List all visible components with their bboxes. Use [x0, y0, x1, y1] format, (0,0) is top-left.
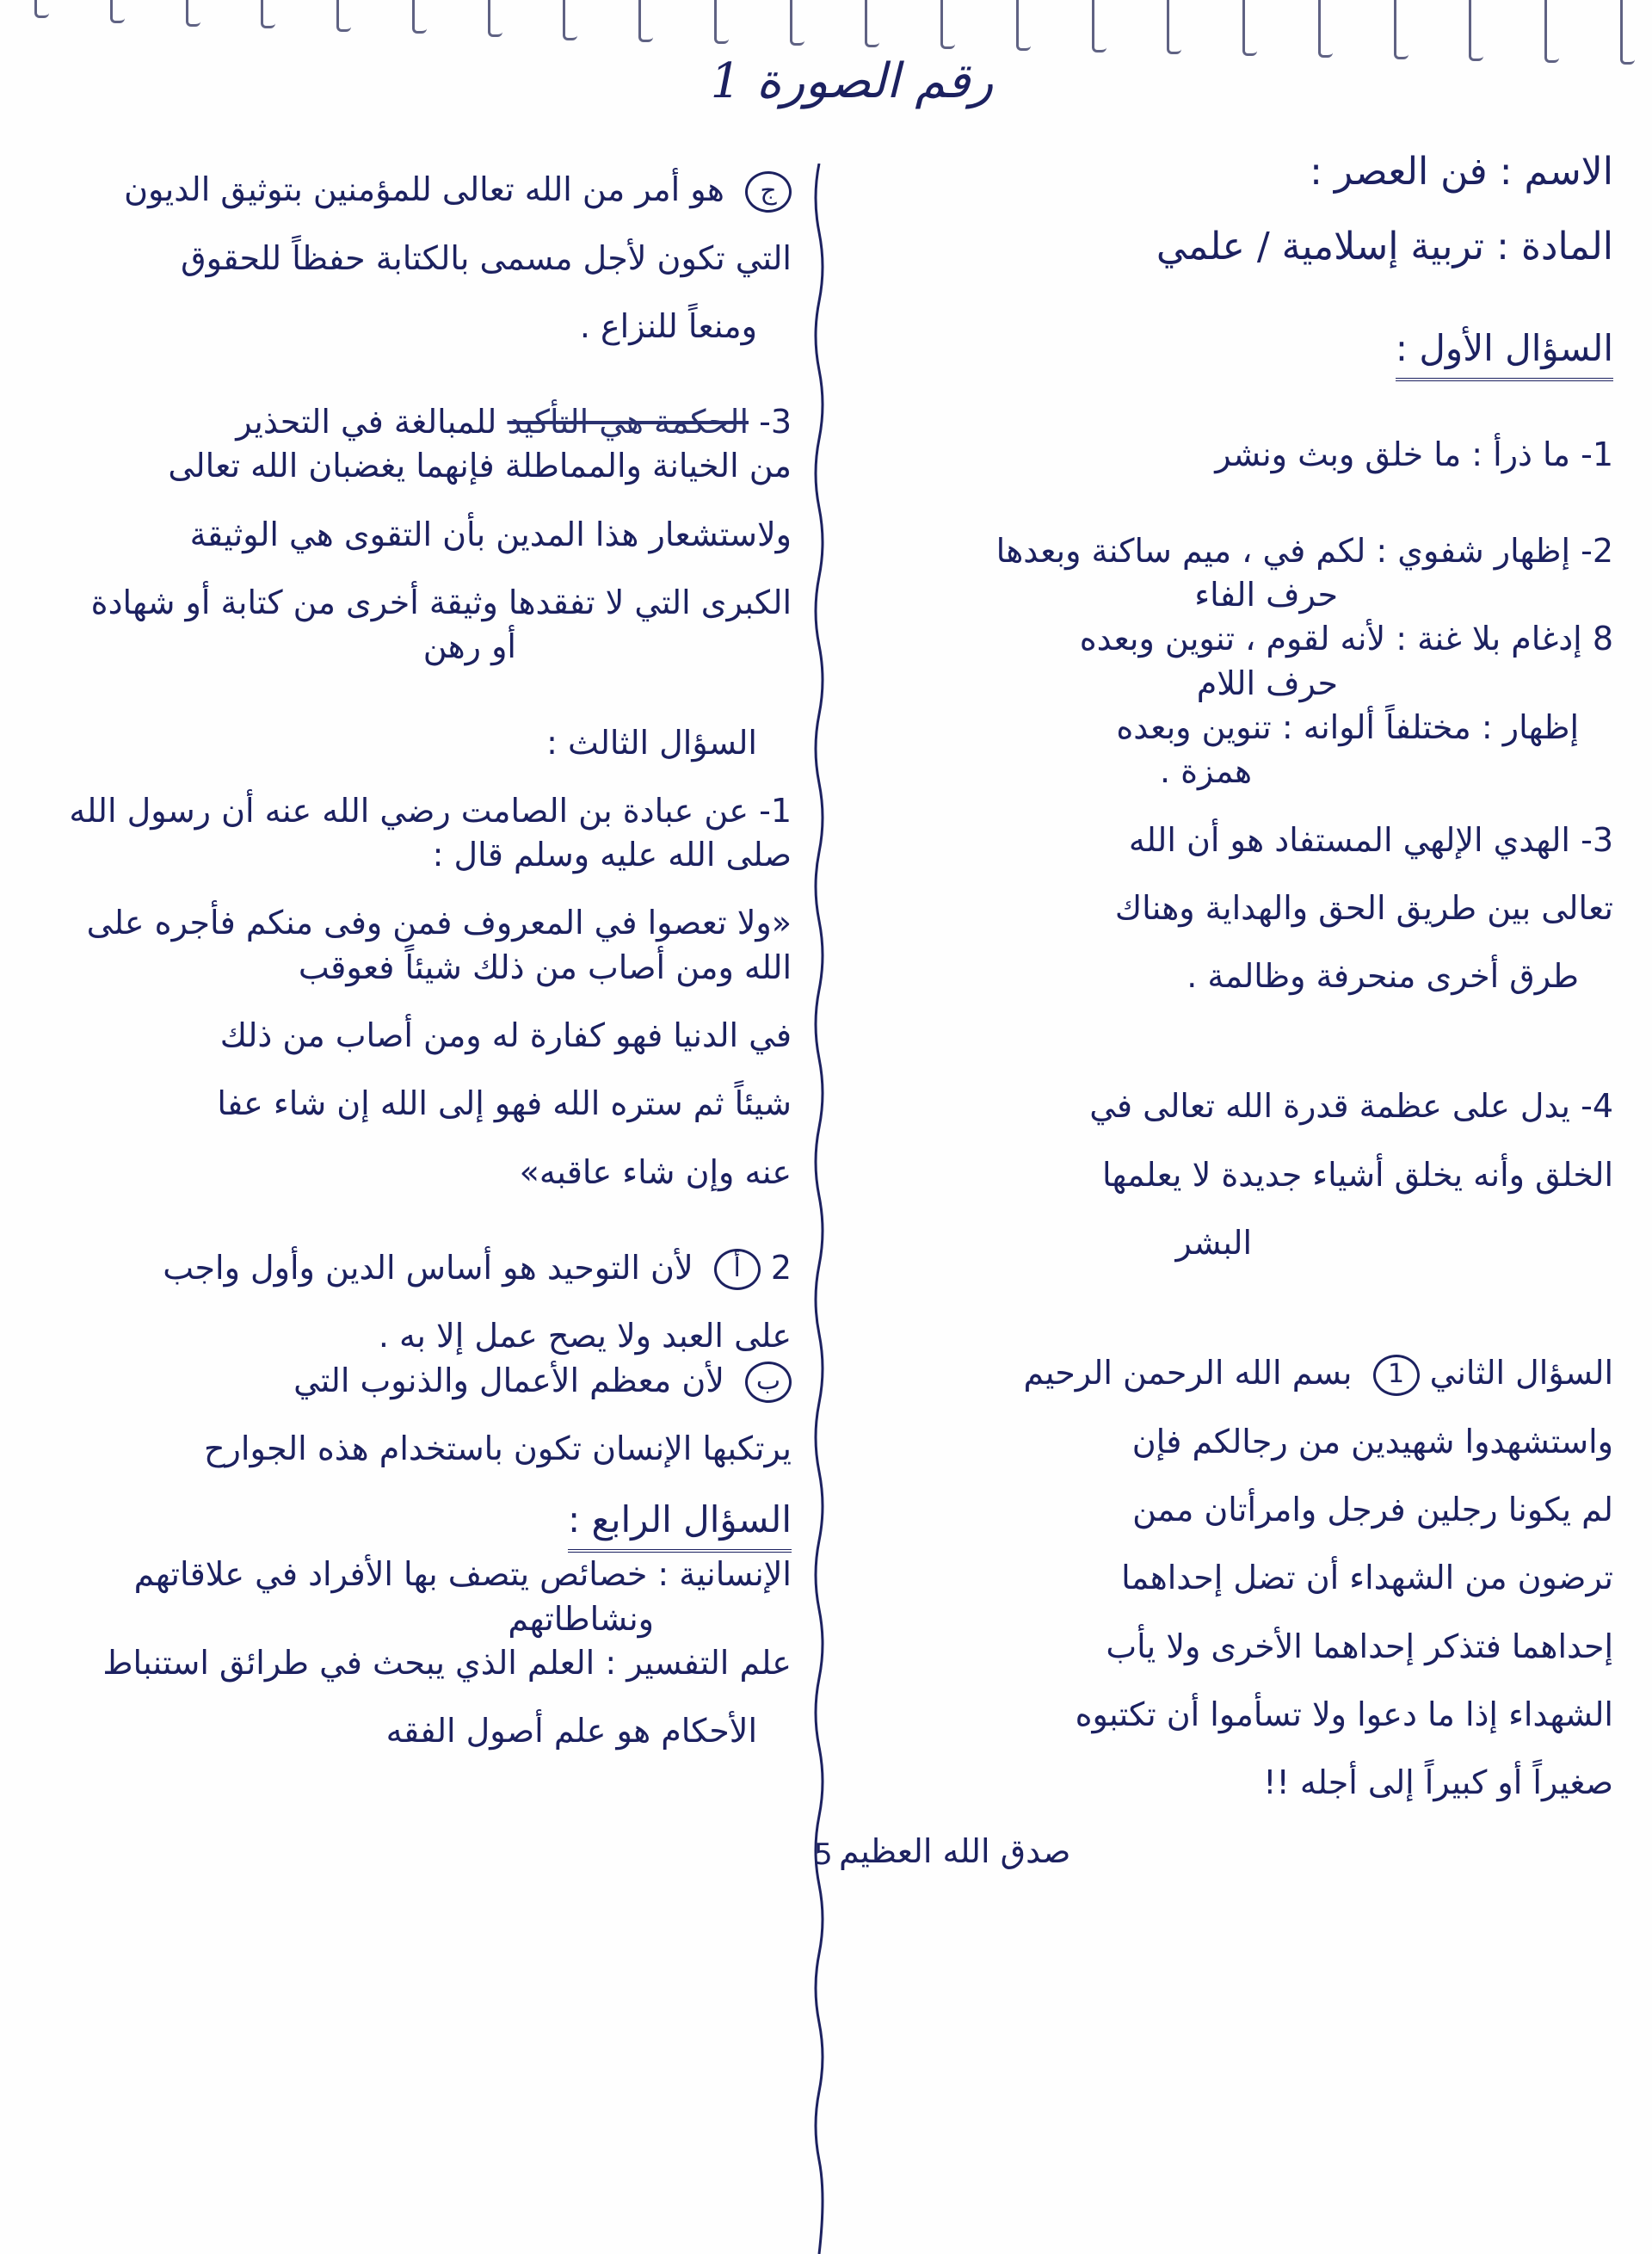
q3-item-1: 1- عن عبادة بن الصامت رضي الله عنه أن رس…: [17, 789, 792, 833]
q2-line: صغيراً أو كبيراً إلى أجله !!: [839, 1761, 1613, 1805]
perforation-mark: [1394, 0, 1409, 59]
perforation-mark: [34, 0, 49, 18]
answer-text: الأحكام هو علم أصول الفقه: [17, 1709, 792, 1753]
item-continuation: همزة .: [839, 750, 1613, 794]
item-number: 4-: [1581, 1087, 1613, 1125]
answer-text: صلى الله عليه وسلم قال :: [17, 833, 792, 877]
perforation-mark: [940, 0, 955, 49]
q1-item-2c: إظهار : مختلفاً ألوانه : تنوين وبعده: [839, 706, 1613, 750]
circled-marker: ج: [745, 171, 792, 213]
q2-line: لم يكونا رجلين فرجل وامرأتان ممن: [839, 1488, 1613, 1532]
perforation-mark: [714, 0, 729, 44]
item-continuation: حرف اللام: [839, 662, 1613, 706]
item-number: 2-: [1581, 532, 1613, 570]
answer-text: ونشاطاتهم: [17, 1597, 792, 1641]
answer-text: في الدنيا فهو كفارة له ومن أصاب من ذلك: [17, 1014, 792, 1058]
answer-text: الله ومن أصاب من ذلك شيئاً فعوقب: [17, 946, 792, 990]
answer-text: ولاستشعار هذا المدين بأن التقوى هي الوثي…: [17, 513, 792, 557]
struck-out-text: الحكمة هي التأكيد: [507, 403, 749, 441]
answer-text: يرتكبها الإنسان تكون باستخدام هذه الجوار…: [17, 1427, 792, 1471]
item-text: ما ذرأ : ما خلق وبث ونشر: [1215, 435, 1570, 473]
perforation-mark: [1620, 0, 1635, 65]
q1-item-2b: 8 إدغام بلا غنة : لأنه لقوم ، تنوين وبعد…: [839, 617, 1613, 661]
exam-sheet: رقم الصورة 1 الاسم : فن العصر : المادة :…: [0, 0, 1652, 2254]
perforation-mark: [488, 0, 502, 37]
right-column: الاسم : فن العصر : المادة : تربية إسلامي…: [839, 146, 1613, 1874]
circled-marker: 1: [1373, 1355, 1420, 1396]
name-value: فن العصر :: [1310, 150, 1488, 194]
answer-text: ومنعاً للنزاع .: [17, 305, 792, 349]
q3-item-2a: 2 أ لأن التوحيد هو أساس الدين وأول واجب: [17, 1246, 792, 1291]
item-text: تعالى بين طريق الحق والهداية وهناك: [839, 886, 1613, 930]
item-text: البشر: [839, 1221, 1613, 1265]
item-number: 2: [771, 1249, 792, 1287]
perforation-mark: [1318, 0, 1333, 58]
q2-line: الشهداء إذا ما دعوا ولا تسأموا أن تكتبوه: [839, 1693, 1613, 1737]
q2-closing: صدق الله العظيم: [839, 1830, 1613, 1874]
answer-text: عن عبادة بن الصامت رضي الله عنه أن رسول …: [69, 792, 749, 830]
answer-text: لأن التوحيد هو أساس الدين وأول واجب: [163, 1249, 693, 1287]
q2-line: بسم الله الرحمن الرحيم: [1024, 1354, 1353, 1392]
item-text: إدغام بلا غنة : لأنه لقوم ، تنوين وبعده: [1080, 620, 1582, 658]
answer-text: الكبرى التي لا تفقدها وثيقة أخرى من كتاب…: [17, 581, 792, 625]
perforation-mark: [186, 0, 200, 27]
perforation-mark: [1242, 0, 1257, 56]
item-text: يدل على عظمة قدرة الله تعالى في: [1089, 1087, 1570, 1125]
q2-line: واستشهدوا شهيدين من رجالكم فإن: [839, 1420, 1613, 1464]
perforation-mark: [638, 0, 653, 42]
column-divider: [809, 164, 829, 2254]
circled-marker: أ: [714, 1249, 761, 1290]
q3-item-2b: ب لأن معظم الأعمال والذنوب التي: [17, 1359, 792, 1404]
subject-value: تربية إسلامية / علمي: [1156, 225, 1484, 269]
perforation-mark: [261, 0, 275, 28]
name-row: الاسم : فن العصر :: [839, 146, 1613, 197]
answer-text: علم التفسير : العلم الذي يبحث في طرائق ا…: [17, 1641, 792, 1685]
q1-item3-row: 3- الحكمة هي التأكيد للمبالغة في التحذير: [17, 400, 792, 444]
q2-line: إحداهما فتذكر إحداهما الأخرى ولا يأب: [839, 1625, 1613, 1669]
item-number: 3-: [1581, 821, 1613, 859]
q1-heading: السؤال الأول :: [1396, 324, 1613, 382]
answer-text: الإنسانية : خصائص يتصف بها الأفراد في عل…: [17, 1553, 792, 1596]
item-continuation: حرف الفاء: [839, 573, 1613, 617]
answer-text: لأن معظم الأعمال والذنوب التي: [293, 1362, 724, 1399]
perforation-mark: [336, 0, 351, 32]
item-number: 3-: [759, 403, 792, 441]
item-number: 1-: [759, 792, 792, 830]
q2-line: ترضون من الشهداء أن تضل إحداهما: [839, 1556, 1613, 1600]
q1-item-1: 1- ما ذرأ : ما خلق وبث ونشر: [839, 433, 1613, 477]
q2-heading: السؤال الثاني: [1430, 1354, 1613, 1392]
answer-text: أو رهن: [17, 625, 792, 669]
q1-jeem-row: ج هو أمر من الله تعالى للمؤمنين بتوثيق ا…: [17, 168, 792, 213]
perforation-mark: [110, 0, 125, 23]
subject-row: المادة : تربية إسلامية / علمي: [839, 221, 1613, 272]
item-text: طرق أخرى منحرفة وظالمة .: [839, 954, 1613, 998]
perforation-mark: [865, 0, 879, 47]
answer-text: هو أمر من الله تعالى للمؤمنين بتوثيق الد…: [124, 170, 724, 208]
answer-text: للمبالغة في التحذير: [236, 403, 496, 441]
item-number: 1-: [1581, 435, 1613, 473]
answer-text: التي تكون لأجل مسمى بالكتابة حفظاً للحقو…: [17, 237, 792, 281]
perforation-mark: [1167, 0, 1181, 54]
perforation-mark: [1092, 0, 1106, 52]
item-text: الخلق وأنه يخلق أشياء جديدة لا يعلمها: [839, 1153, 1613, 1197]
q3-heading: السؤال الثالث :: [17, 721, 792, 765]
item-text: الهدي الإلهي المستفاد هو أن الله: [1129, 821, 1570, 859]
perforation-mark: [563, 0, 577, 40]
item-text: إظهار شفوي : لكم في ، ميم ساكنة وبعدها: [996, 532, 1570, 570]
answer-text: شيئاً ثم ستره الله فهو إلى الله إن شاء ع…: [17, 1082, 792, 1126]
q1-item-3: 3- الهدي الإلهي المستفاد هو أن الله: [839, 818, 1613, 862]
perforation-mark: [412, 0, 427, 34]
answer-text: على العبد ولا يصح عمل إلا به .: [17, 1314, 792, 1358]
answer-text: من الخيانة والمماطلة فإنهما يغضبان الله …: [17, 444, 792, 488]
margin-number: 5: [814, 1837, 833, 1872]
subject-label: المادة :: [1496, 225, 1613, 269]
q2-header-row: السؤال الثاني 1 بسم الله الرحمن الرحيم: [839, 1351, 1613, 1396]
q1-item-4: 4- يدل على عظمة قدرة الله تعالى في: [839, 1084, 1613, 1128]
perforation-mark: [1544, 0, 1559, 63]
perforation-mark: [1469, 0, 1483, 61]
page-number-label: رقم الصورة 1: [671, 53, 1032, 109]
item-text: إظهار : مختلفاً ألوانه : تنوين وبعده: [1116, 708, 1579, 746]
name-label: الاسم :: [1500, 150, 1613, 194]
circled-marker: ب: [745, 1362, 792, 1403]
answer-text: عنه وإن شاء عاقبه»: [17, 1151, 792, 1195]
q1-item-2: 2- إظهار شفوي : لكم في ، ميم ساكنة وبعده…: [839, 529, 1613, 573]
perforation-mark: [1016, 0, 1031, 51]
item-number: 8: [1593, 620, 1613, 658]
left-column: ج هو أمر من الله تعالى للمؤمنين بتوثيق ا…: [17, 168, 792, 1753]
q4-heading: السؤال الرابع :: [568, 1496, 792, 1553]
answer-text: «ولا تعصوا في المعروف فمن وفى منكم فأجره…: [17, 901, 792, 945]
perforation-mark: [790, 0, 804, 46]
